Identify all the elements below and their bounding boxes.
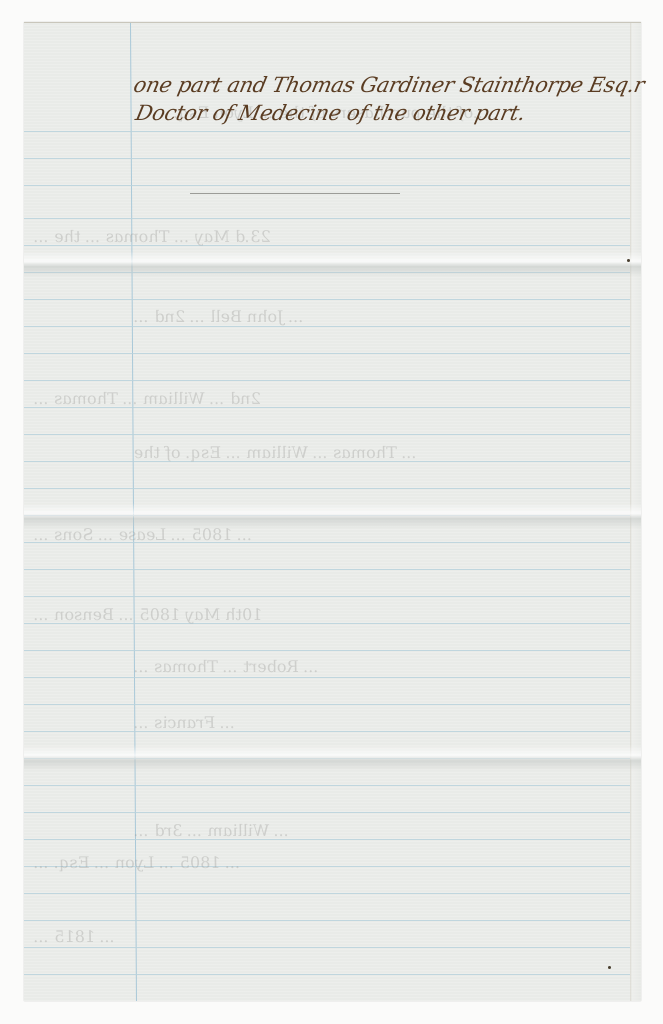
ruled-line [24,704,630,705]
ruled-line [24,947,630,948]
ruled-line [24,299,630,300]
handwritten-line-2: Doctor of Medecine of the other part. [133,101,527,125]
fold-crease [24,251,641,277]
ruled-line [24,731,630,732]
ruled-line [24,650,630,651]
ruled-line [24,185,630,186]
bleed-through-text: ... Francis ... [132,713,237,732]
ruled-line [24,839,630,840]
bleed-through-text: 2nd ... William ... Thomas ... [32,389,262,408]
ruled-line [24,131,630,132]
bleed-through-text: 23.d May ... Thomas ... the ... [32,227,272,246]
ruled-line [24,326,630,327]
bleed-through-text: ... 1805 ... Lease ... Sons ... [32,525,254,544]
ruled-line [24,677,630,678]
ruled-line [24,218,630,219]
bleed-through-text: ... 1805 ... Lyon ... Esq. ... [32,853,242,872]
ink-spot [608,966,611,969]
ruled-line [24,596,630,597]
bleed-through-text: ... John Bell ... 2nd ... [132,307,305,326]
ruled-line [24,785,630,786]
ruled-line [24,974,630,975]
bleed-through-text: ... Thomas ... William ... Esq. of the [132,443,419,462]
ruled-line [24,353,630,354]
ruled-line [24,158,630,159]
ruled-line [24,920,630,921]
ruled-line [24,380,630,381]
handwritten-line-1: one part and Thomas Gardiner Stainthorpe… [131,73,646,97]
ruled-line [24,812,630,813]
ruled-line [24,434,630,435]
bleed-through-text: ... 1815 ... [32,927,117,946]
bleed-through-text: ... William ... 3rd ... [132,821,291,840]
bleed-through-text: 10th May 1805 ... Benson ... [32,605,264,624]
bleed-through-text: ... Robert ... Thomas ... [132,657,320,676]
ruled-line [24,893,630,894]
manuscript-page: ...of the purchasers of the ... Lyon Esq… [24,22,641,1001]
fold-crease [24,745,641,771]
section-divider [190,193,400,194]
ink-spot [627,259,630,262]
ruled-line [24,488,630,489]
ruled-line [24,569,630,570]
